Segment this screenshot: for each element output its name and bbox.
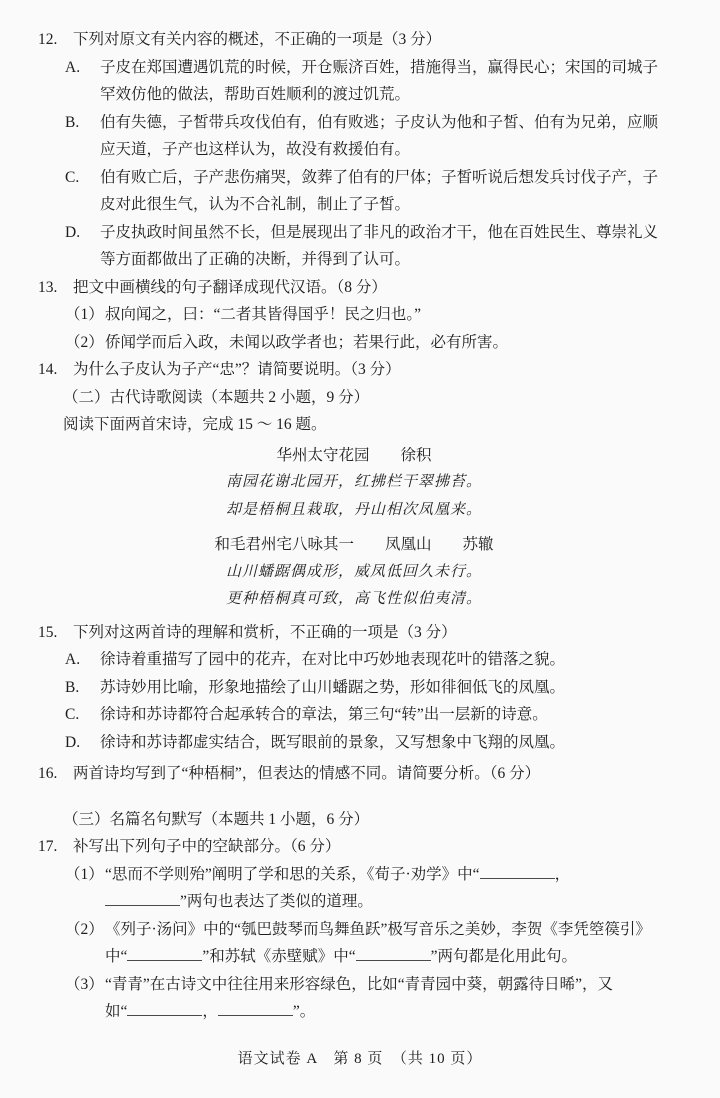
question-17: 17. 补写出下列句子中的空缺部分。（6 分）: [38, 833, 700, 861]
exam-paper-page: 12. 下列对原文有关内容的概述，不正确的一项是（3 分） A. 子皮在郑国遭遇…: [0, 0, 720, 1098]
question-15-options: A. 徐诗着重描写了园中的花卉，在对比中巧妙地表现花叶的错落之貌。 B. 苏诗妙…: [65, 646, 700, 756]
question-14: 14. 为什么子皮认为子产“忠”？请简要说明。（3 分）: [38, 356, 700, 384]
question-number: 15.: [38, 619, 73, 647]
option-letter: C.: [65, 164, 100, 219]
section-2-intro: 阅读下面两首宋诗，完成 15 ～ 16 题。: [63, 411, 700, 439]
sentence-text: 叔向闻之，曰：“二者其皆得国乎！民之归也。”: [105, 301, 700, 329]
question-text: 下列对原文有关内容的概述，不正确的一项是（3 分）: [73, 26, 700, 54]
option-text: 徐诗和苏诗都虚实结合，既写眼前的景象，又写想象中飞翔的凤凰。: [100, 729, 700, 757]
question-15: 15. 下列对这两首诗的理解和赏析，不正确的一项是（3 分）: [38, 619, 700, 647]
poem-2-title: 和毛君州宅八咏其一 凤凰山 苏辙: [38, 531, 670, 559]
option-15-d: D. 徐诗和苏诗都虚实结合，既写眼前的景象，又写想象中飞翔的凤凰。: [65, 729, 700, 757]
option-12-b: B. 伯有失德，子皙带兵攻伐伯有，伯有败逃；子皮认为他和子皙、伯有为兄弟，应顺 …: [65, 109, 700, 164]
poem-2: 和毛君州宅八咏其一 凤凰山 苏辙 山川蟠踞偶成形，威凤低回久未行。 更种梧桐真可…: [38, 531, 670, 614]
option-letter: D.: [65, 219, 100, 274]
answer-blank: [127, 945, 202, 961]
option-text: 苏诗妙用比喻，形象地描绘了山川蟠踞之势，形如徘徊低飞的凤凰。: [100, 674, 700, 702]
option-letter: B.: [65, 109, 100, 164]
option-15-a: A. 徐诗着重描写了园中的花卉，在对比中巧妙地表现花叶的错落之貌。: [65, 646, 700, 674]
poem-1: 华州太守花园 徐积 南园花谢北园开，红拂栏干翠拂苔。 却是梧桐且栽取，丹山相次凤…: [38, 442, 670, 525]
option-letter: A.: [65, 646, 100, 674]
sub-marker: （1）: [65, 861, 105, 916]
section-3-header: （三）名篇名句默写（本题共 1 小题，6 分）: [63, 806, 700, 834]
sub-marker: （3）: [65, 971, 105, 1026]
option-letter: C.: [65, 701, 100, 729]
sub-marker: （2）: [65, 916, 105, 971]
page-footer: 语文试卷 A 第 8 页 （共 10 页）: [0, 1046, 720, 1074]
question-17-items: （1） “思而不学则殆”阐明了学和思的关系，《荀子·劝学》中“， ”两句也表达了…: [65, 861, 700, 1026]
option-letter: D.: [65, 729, 100, 757]
poem-2-line-1: 山川蟠踞偶成形，威凤低回久未行。: [38, 559, 670, 587]
option-15-c: C. 徐诗和苏诗都符合起承转合的章法，第三句“转”出一层新的诗意。: [65, 701, 700, 729]
sentence-text: 侨闻学而后入政，未闻以政学者也；若果行此，必有所害。: [105, 329, 700, 357]
cloze-line: 如“，”。: [105, 998, 700, 1026]
cloze-item-1: （1） “思而不学则殆”阐明了学和思的关系，《荀子·劝学》中“， ”两句也表达了…: [65, 861, 700, 916]
option-text: 徐诗和苏诗都符合起承转合的章法，第三句“转”出一层新的诗意。: [100, 701, 700, 729]
question-number: 12.: [38, 26, 73, 54]
option-text: 皮对此很生气，认为不合礼制，制止了子皙。: [100, 191, 700, 219]
option-12-a: A. 子皮在郑国遭遇饥荒的时候，开仓赈济百姓，措施得当，赢得民心；宋国的司城子 …: [65, 54, 700, 109]
question-number: 17.: [38, 833, 73, 861]
option-letter: B.: [65, 674, 100, 702]
cloze-item-2: （2） 《列子·汤问》中的“瓠巴鼓琴而鸟舞鱼跃”极写音乐之美妙，李贺《李凭箜篌引…: [65, 916, 700, 971]
poem-2-line-2: 更种梧桐真可致，高飞性似伯夷清。: [38, 586, 670, 614]
question-12: 12. 下列对原文有关内容的概述，不正确的一项是（3 分）: [38, 26, 700, 54]
cloze-line: “青青”在古诗文中往往用来形容绿色，比如“青青园中葵，朝露待日晞”，又: [105, 971, 700, 999]
option-text: 应天道，子产也这样认为，故没有救援伯有。: [100, 136, 700, 164]
question-13: 13. 把文中画横线的句子翻译成现代汉语。（8 分）: [38, 274, 700, 302]
option-text: 徐诗着重描写了园中的花卉，在对比中巧妙地表现花叶的错落之貌。: [100, 646, 700, 674]
poem-1-line-2: 却是梧桐且栽取，丹山相次凤凰来。: [38, 497, 670, 525]
cloze-line: “思而不学则殆”阐明了学和思的关系，《荀子·劝学》中“，: [105, 861, 700, 889]
cloze-line: ”两句也表达了类似的道理。: [105, 888, 700, 916]
option-15-b: B. 苏诗妙用比喻，形象地描绘了山川蟠踞之势，形如徘徊低飞的凤凰。: [65, 674, 700, 702]
option-12-d: D. 子皮执政时间虽然不长，但是展现出了非凡的政治才干，他在百姓民生、尊崇礼义 …: [65, 219, 700, 274]
question-number: 14.: [38, 356, 73, 384]
poem-1-line-1: 南园花谢北园开，红拂栏干翠拂苔。: [38, 469, 670, 497]
question-16: 16. 两首诗均写到了“种梧桐”，但表达的情感不同。请简要分析。（6 分）: [38, 760, 700, 788]
question-number: 16.: [38, 760, 73, 788]
sentence-1: （1） 叔向闻之，曰：“二者其皆得国乎！民之归也。”: [65, 301, 700, 329]
question-text: 两首诗均写到了“种梧桐”，但表达的情感不同。请简要分析。（6 分）: [73, 760, 700, 788]
option-text: 等方面都做出了正确的决断，并得到了认可。: [100, 246, 700, 274]
section-2-header: （二）古代诗歌阅读（本题共 2 小题，9 分）: [63, 384, 700, 412]
answer-blank: [218, 1000, 293, 1016]
cloze-line: 《列子·汤问》中的“瓠巴鼓琴而鸟舞鱼跃”极写音乐之美妙，李贺《李凭箜篌引》: [105, 916, 700, 944]
answer-blank: [127, 1000, 202, 1016]
question-text: 下列对这两首诗的理解和赏析，不正确的一项是（3 分）: [73, 619, 700, 647]
answer-blank: [480, 863, 555, 879]
option-text: 子皮在郑国遭遇饥荒的时候，开仓赈济百姓，措施得当，赢得民心；宋国的司城子: [100, 54, 700, 82]
question-number: 13.: [38, 274, 73, 302]
option-text: 罕效仿他的做法，帮助百姓顺利的渡过饥荒。: [100, 81, 700, 109]
option-text: 伯有败亡后，子产悲伤痛哭，敛葬了伯有的尸体；子皙听说后想发兵讨伐子产，子: [100, 164, 700, 192]
poem-1-title: 华州太守花园 徐积: [38, 442, 670, 470]
option-letter: A.: [65, 54, 100, 109]
question-text: 把文中画横线的句子翻译成现代汉语。（8 分）: [73, 274, 700, 302]
sentence-2: （2） 侨闻学而后入政，未闻以政学者也；若果行此，必有所害。: [65, 329, 700, 357]
sub-marker: （1）: [65, 301, 105, 329]
question-12-options: A. 子皮在郑国遭遇饥荒的时候，开仓赈济百姓，措施得当，赢得民心；宋国的司城子 …: [65, 54, 700, 274]
cloze-line: 中“”和苏轼《赤壁赋》中“”两句都是化用此句。: [105, 943, 700, 971]
question-13-sentences: （1） 叔向闻之，曰：“二者其皆得国乎！民之归也。” （2） 侨闻学而后入政，未…: [65, 301, 700, 356]
option-text: 伯有失德，子皙带兵攻伐伯有，伯有败逃；子皮认为他和子皙、伯有为兄弟，应顺: [100, 109, 700, 137]
option-12-c: C. 伯有败亡后，子产悲伤痛哭，敛葬了伯有的尸体；子皙听说后想发兵讨伐子产，子 …: [65, 164, 700, 219]
answer-blank: [105, 890, 180, 906]
question-text: 为什么子皮认为子产“忠”？请简要说明。（3 分）: [73, 356, 700, 384]
cloze-item-3: （3） “青青”在古诗文中往往用来形容绿色，比如“青青园中葵，朝露待日晞”，又 …: [65, 971, 700, 1026]
option-text: 子皮执政时间虽然不长，但是展现出了非凡的政治才干，他在百姓民生、尊崇礼义: [100, 219, 700, 247]
sub-marker: （2）: [65, 329, 105, 357]
answer-blank: [356, 945, 431, 961]
question-text: 补写出下列句子中的空缺部分。（6 分）: [73, 833, 700, 861]
